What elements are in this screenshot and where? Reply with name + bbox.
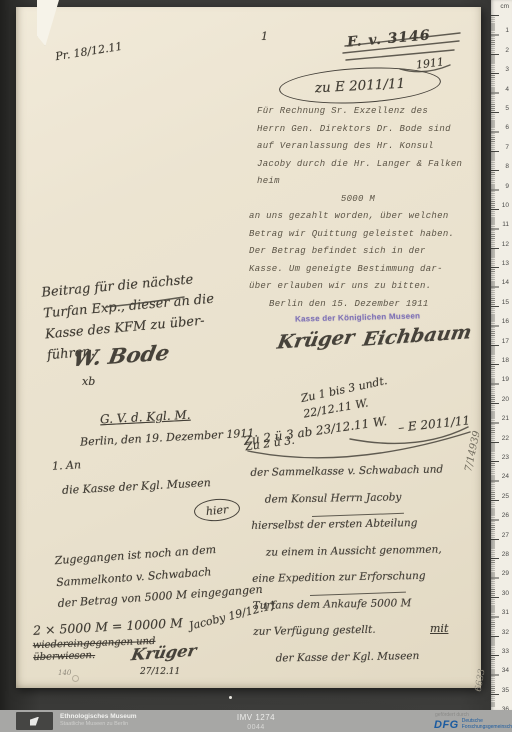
dfg-logo-icon: DFG <box>434 719 459 731</box>
right-note-line: dem Konsul Herrn Jacoby <box>251 483 469 513</box>
scan-ruler: cm 1234567891011121314151617181920212223… <box>491 0 512 711</box>
typed-line: Betrag wir Quittung geleistet haben. <box>249 226 467 244</box>
ruler-number: 5 <box>491 93 512 112</box>
year-note: 1911 <box>415 55 444 71</box>
scan-page-number: 0044 <box>237 723 275 732</box>
ruler-number: 27 <box>491 519 512 538</box>
ruler-number: 26 <box>491 500 512 519</box>
ruler-number: 31 <box>491 597 512 616</box>
pencil-foliation: 140 <box>58 669 71 677</box>
funding-name-line2: Forschungsgemeinschaft <box>462 724 512 730</box>
right-note-line: zu einem in Aussicht genommen, <box>252 536 470 566</box>
ruler-number: 8 <box>491 151 512 170</box>
institution-name: Ethnologisches Museum <box>60 713 137 721</box>
circled-hier: hier <box>193 497 241 523</box>
scanned-letter-page: Pr. 18/12.11 1 F. v. 3146 1911 zu E 2011… <box>16 7 481 688</box>
ruler-number: 22 <box>491 422 512 441</box>
struck-file-number: F. v. 3146 <box>346 27 431 50</box>
viewer-footer: Ethnologisches Museum Staatliche Museen … <box>0 710 512 732</box>
ruler-number: 1 <box>491 15 512 34</box>
institution-subtitle: Staatliche Museen zu Berlin <box>60 721 137 728</box>
ruler-number: 11 <box>491 209 512 228</box>
ruler-number: 21 <box>491 403 512 422</box>
ruler-number: 7 <box>491 131 512 150</box>
ruler-number: 29 <box>491 558 512 577</box>
ruler-number: 19 <box>491 364 512 383</box>
cash-entry-note: Zugegangen ist noch an demSammelkonto v.… <box>54 536 263 615</box>
funding-credit: gefördert durch DFG Deutsche Forschungsg… <box>434 712 508 731</box>
ruler-unit-label: cm <box>500 3 509 10</box>
krueger-date: 27/12.11 <box>140 667 180 677</box>
right-note-line: eine Expedition zur Erforschung <box>252 562 470 592</box>
ruler-number: 20 <box>491 383 512 402</box>
bode-initials: xb <box>82 375 95 388</box>
circled-hier-text: hier <box>205 503 228 518</box>
ruler-number: 2 <box>491 34 512 53</box>
typed-line: über erlauben wir uns zu bitten. <box>249 278 467 296</box>
right-note-line: der Kasse der Kgl. Museen <box>253 642 471 672</box>
ruler-number: 30 <box>491 577 512 596</box>
typed-line: an uns gezahlt worden, über welchen <box>249 208 467 226</box>
ruler-number: 18 <box>491 345 512 364</box>
gv-line-an: 1. An <box>52 458 82 473</box>
circled-registry-text: zu E 2011/11 <box>314 75 405 96</box>
vertical-registry-note-2: 6633 <box>474 642 493 693</box>
ruler-number: 3 <box>491 54 512 73</box>
museum-logo-glyph-icon <box>30 717 39 726</box>
ruler-number: 28 <box>491 539 512 558</box>
paper-mark <box>72 675 79 682</box>
typed-letter-body: Für Rechnung Sr. Exzellenz desHerrn Gen.… <box>249 103 467 313</box>
ruler-number: 25 <box>491 480 512 499</box>
dust-speck <box>229 696 232 699</box>
ruler-number: 24 <box>491 461 512 480</box>
circled-registry-number: zu E 2011/11 <box>278 64 442 107</box>
museum-logo-icon <box>16 712 53 730</box>
funding-name: Deutsche Forschungsgemeinschaft <box>462 719 512 731</box>
funding-label: gefördert durch <box>435 712 508 718</box>
ruler-number: 6 <box>491 112 512 131</box>
pr-date-note: Pr. 18/12.11 <box>54 40 123 63</box>
typed-line: Jacoby durch die Hr. Langer & Falken <box>249 156 467 174</box>
right-note-block: der Sammelkasse v. Schwabach unddem Kons… <box>250 456 472 672</box>
sum-line: 2 × 5000 M = 10000 M <box>33 615 184 638</box>
typed-line: Der Betrag befindet sich in der <box>249 243 467 261</box>
ruler-number: 33 <box>491 636 512 655</box>
ruler-number: 32 <box>491 616 512 635</box>
institution-label: Ethnologisches Museum Staatliche Museen … <box>60 713 137 728</box>
gv-heading: G. V. d. Kgl. M. <box>100 408 191 427</box>
typed-line: Für Rechnung Sr. Exzellenz des <box>249 103 467 121</box>
page-number: 1 <box>261 30 268 43</box>
ruler-number: 10 <box>491 190 512 209</box>
ruler-number: 12 <box>491 228 512 247</box>
typed-line: heim <box>249 173 467 191</box>
ruler-number: 35 <box>491 674 512 693</box>
ruler-number: 13 <box>491 248 512 267</box>
signature-krueger-2: Krüger <box>130 641 198 664</box>
typed-amount: 5000 M <box>249 191 467 209</box>
vertical-registry-note: 7/14939 <box>463 392 490 473</box>
gv-dateline: Berlin, den 19. Dezember 1911. <box>80 426 258 448</box>
ruler-number: 34 <box>491 655 512 674</box>
typed-line: Kasse. Um geneigte Bestimmung dar- <box>249 261 467 279</box>
right-note-line: der Sammelkasse v. Schwabach und <box>250 456 468 486</box>
ruler-number: 14 <box>491 267 512 286</box>
kasse-stamp: Kasse der Königlichen Museen <box>295 311 420 323</box>
typed-line: Herrn Gen. Direktors Dr. Bode sind <box>249 121 467 139</box>
disposition-note-4: – E 2011/11 <box>397 413 470 434</box>
right-note-closing: mit <box>430 622 448 635</box>
ruler-number: 9 <box>491 170 512 189</box>
ruler-number: 15 <box>491 286 512 305</box>
scan-reference: IMV 1274 0044 <box>237 713 275 732</box>
gv-line-kasse: die Kasse der Kgl. Museen <box>62 476 211 497</box>
ruler-number: 16 <box>491 306 512 325</box>
signature-eichbaum: Eichbaum <box>361 321 473 350</box>
ruler-number: 17 <box>491 325 512 344</box>
ruler-number: 23 <box>491 442 512 461</box>
ruler-number: 4 <box>491 73 512 92</box>
typed-line: auf Veranlassung des Hr. Konsul <box>249 138 467 156</box>
signature-krueger: Krüger <box>275 326 356 353</box>
scan-reference-id: IMV 1274 <box>237 713 275 723</box>
typed-dateline: Berlin den 15. Dezember 1911 <box>249 296 467 314</box>
